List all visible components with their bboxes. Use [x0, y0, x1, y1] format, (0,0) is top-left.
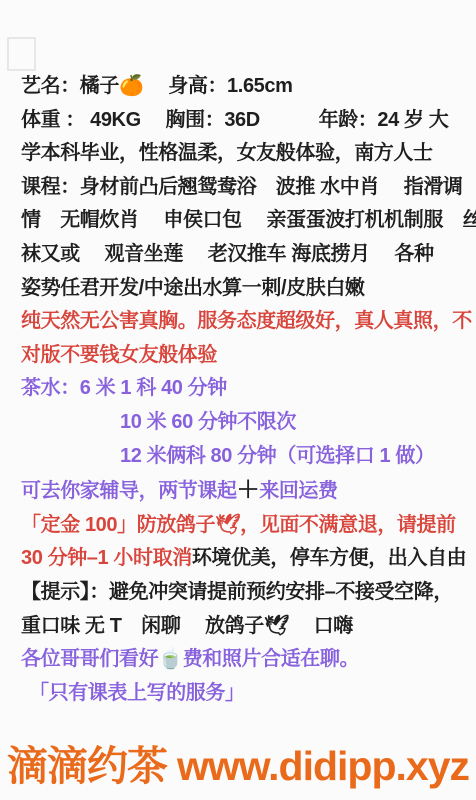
footer-banner: 滴滴约茶www.didipp.xyz	[0, 733, 476, 792]
line-deposit-1: 「定金 100」防放鸽子🕊，见面不满意退，请提前	[21, 509, 466, 543]
line-claim-2: 对版不要钱女友般体验	[21, 339, 466, 373]
profile-text-block: 艺名：橘子🍊 身高：1.65cm 体重 ： 49KG 胸围：36D 年龄：24 …	[21, 70, 466, 710]
line-course-4: 姿势任君开发/中途出水算一刺/皮肤白嫩	[21, 272, 466, 306]
line-course-2: 情 无帽炊肖 申侯口包 亲蛋蛋波打机机制服 丝	[21, 204, 466, 238]
line-course-3: 袜又或 观音坐莲 老汉推车 海底捞月 各种	[21, 238, 466, 272]
footer-brand: 滴滴约茶	[7, 743, 167, 789]
line-notice-2: 重口味 无 T 闲聊 放鸽子🕊 口嗨	[21, 610, 466, 644]
ad-page: 艺名：橘子🍊 身高：1.65cm 体重 ： 49KG 胸围：36D 年龄：24 …	[0, 0, 476, 800]
line-service-note: 「只有课表上写的服务」	[21, 677, 466, 711]
footer-url: www.didipp.xyz	[177, 743, 469, 789]
line-stage-name-height: 艺名：橘子🍊 身高：1.65cm	[21, 70, 466, 104]
line-price-1: 茶水：6 米 1 科 40 分钟	[21, 372, 466, 406]
corner-mark	[7, 37, 36, 71]
line-home-visit: 可去你家辅导，两节课起＋来回运费	[21, 473, 466, 509]
line-education: 学本科毕业，性格温柔，女友般体验，南方人士	[21, 137, 466, 171]
line-claim-1: 纯天然无公害真胸。服务态度超级好，真人真照，不	[21, 305, 466, 339]
line-price-3: 12 米俩科 80 分钟（可选择口 1 做）	[21, 440, 466, 474]
plus-sign: ＋	[237, 476, 260, 502]
line-contact-note: 各位哥哥们看好🍵费和照片合适在聊。	[21, 643, 466, 677]
line-deposit-2: 30 分钟–1 小时取消环境优美，停车方便，出入自由	[21, 542, 466, 576]
line-course-1: 课程：身材前凸后翘鸳鸯浴 波推 水中肖 指滑调	[21, 171, 466, 205]
line-price-2: 10 米 60 分钟不限次	[21, 406, 466, 440]
line-weight-bust-age: 体重 ： 49KG 胸围：36D 年龄：24 岁 大	[21, 104, 466, 138]
line-notice-1: 【提示】：避免冲突请提前预约安排–不接受空降，	[21, 576, 466, 610]
